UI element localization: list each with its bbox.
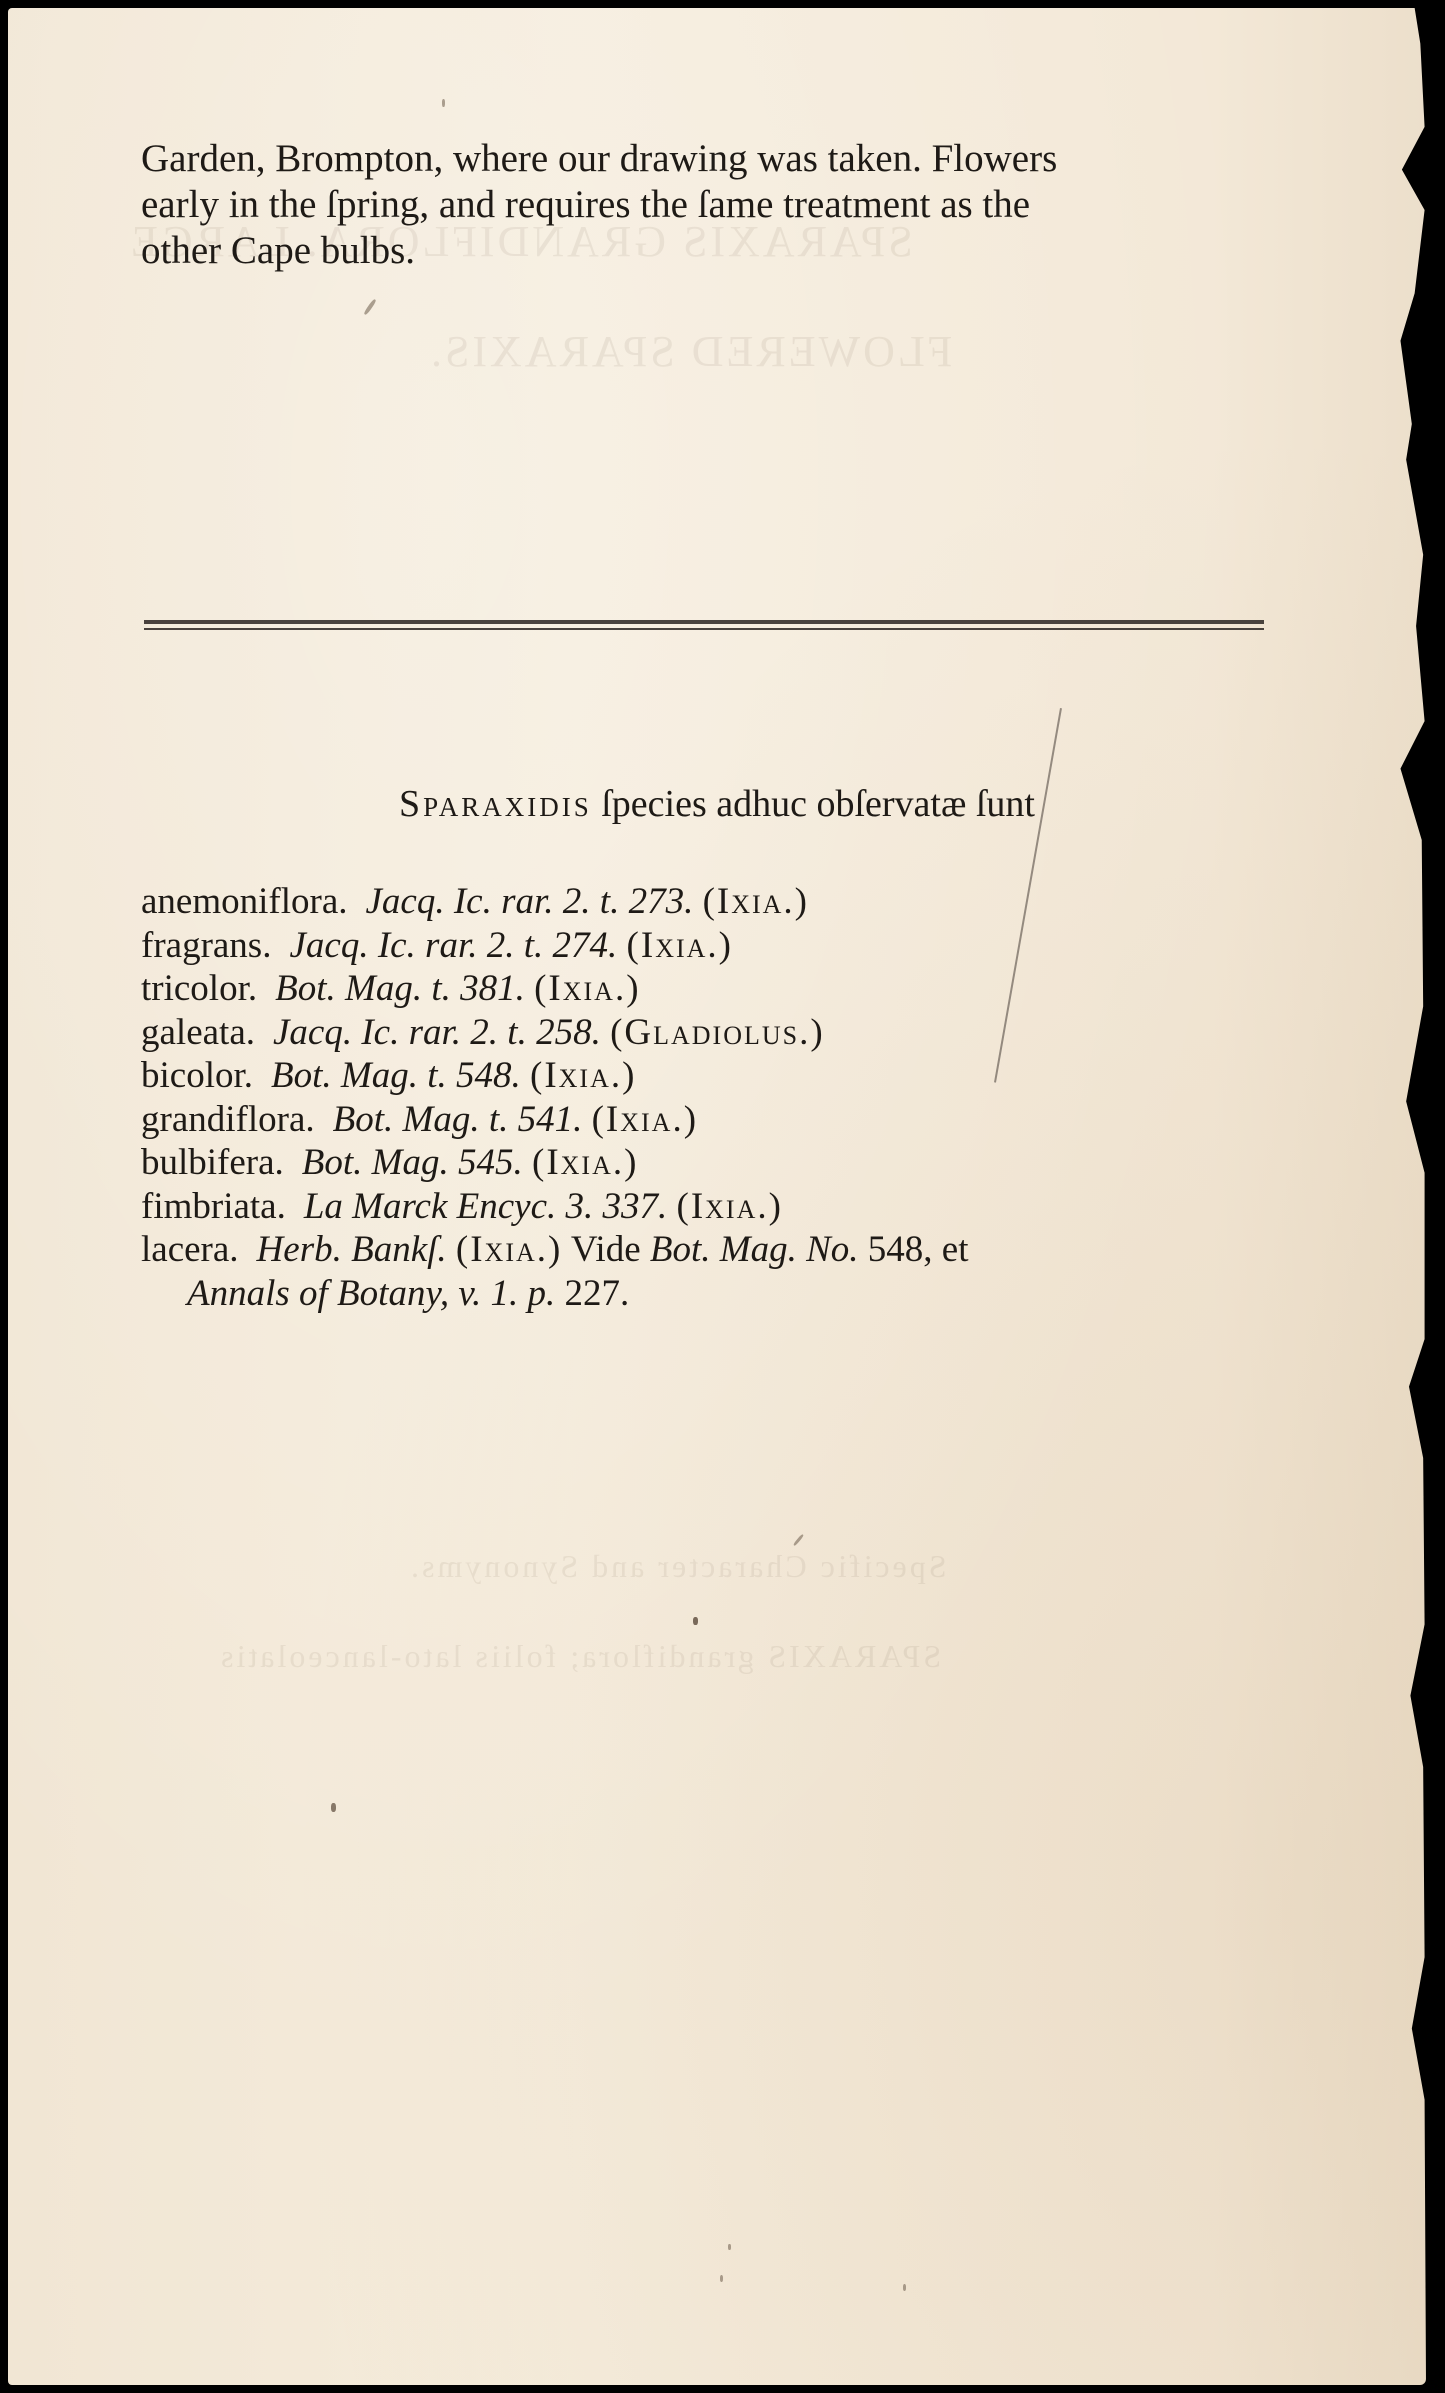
species-list: anemoniflora.Jacq. Ic. rar. 2. t. 273. (… [141, 880, 1291, 1315]
species-reference: La Marck Encyc. 3. 337. [304, 1186, 667, 1227]
closing-paragraph: Garden, Brompton, where our drawing was … [141, 136, 1271, 274]
species-genus: (Ixia.) [592, 1099, 698, 1140]
species-note-reference: Bot. Mag. No. [650, 1229, 859, 1270]
paragraph-line: Garden, Brompton, where our drawing was … [141, 136, 1271, 182]
paper-speck [363, 298, 377, 315]
species-name: lacera. [141, 1229, 239, 1270]
species-genus: (Ixia.) [530, 1055, 636, 1096]
species-entry: tricolor.Bot. Mag. t. 381. (Ixia.) [141, 967, 1291, 1011]
bleed-through-line: SPARAXIS grandiflora; foliis lato-lanceo… [218, 1638, 941, 1675]
species-reference: Jacq. Ic. rar. 2. t. 274. [289, 925, 617, 966]
species-reference: Jacq. Ic. rar. 2. t. 258. [273, 1012, 601, 1053]
species-heading: Sparaxidis ſpecies adhuc obſervatæ ſunt [8, 782, 1426, 826]
species-reference: Bot. Mag. t. 381. [275, 968, 525, 1009]
species-entry: fragrans.Jacq. Ic. rar. 2. t. 274. (Ixia… [141, 924, 1291, 968]
species-name: anemoniflora. [141, 881, 348, 922]
continuation-page: 227. [555, 1273, 629, 1314]
book-page: SPARAXIS GRANDIFLORA. LARGE FLOWERED SPA… [8, 8, 1426, 2385]
species-reference: Bot. Mag. 545. [302, 1142, 523, 1183]
species-note: 548, et [859, 1229, 969, 1270]
species-entry: lacera.Herb. Bankſ. (Ixia.) Vide Bot. Ma… [141, 1228, 1276, 1315]
species-name: bulbifera. [141, 1142, 284, 1183]
species-reference: Bot. Mag. t. 548. [271, 1055, 521, 1096]
species-entry: bicolor.Bot. Mag. t. 548. (Ixia.) [141, 1054, 1291, 1098]
species-genus: (Ixia.) [534, 968, 640, 1009]
species-continuation: Annals of Botany, v. 1. p. 227. [141, 1272, 1276, 1316]
double-rule-bottom [144, 628, 1264, 630]
species-name: tricolor. [141, 968, 257, 1009]
species-reference: Jacq. Ic. rar. 2. t. 273. [366, 881, 694, 922]
species-name: fragrans. [141, 925, 271, 966]
species-name: fimbriata. [141, 1186, 286, 1227]
paper-speck [693, 1617, 698, 1625]
paper-speck [442, 99, 445, 107]
species-entry: anemoniflora.Jacq. Ic. rar. 2. t. 273. (… [141, 880, 1291, 924]
species-note: Vide [562, 1229, 650, 1270]
species-entry: galeata.Jacq. Ic. rar. 2. t. 258. (Gladi… [141, 1011, 1291, 1055]
bleed-through-line: FLOWERED SPARAXIS. [428, 326, 952, 377]
species-entry: grandiflora.Bot. Mag. t. 541. (Ixia.) [141, 1098, 1291, 1142]
species-name: galeata. [141, 1012, 255, 1053]
paragraph-line: other Cape bulbs. [141, 228, 1271, 274]
species-name: grandiflora. [141, 1099, 315, 1140]
paragraph-line: early in the ſpring, and requires the ſa… [141, 182, 1271, 228]
continuation-reference: Annals of Botany, v. 1. p. [187, 1273, 555, 1314]
species-reference: Herb. Bankſ. [257, 1229, 447, 1270]
species-genus: (Ixia.) [627, 925, 733, 966]
species-reference: Bot. Mag. t. 541. [333, 1099, 583, 1140]
species-genus: (Gladiolus.) [610, 1012, 825, 1053]
heading-genus-smallcaps: Sparaxidis [399, 783, 592, 825]
paper-speck [903, 2284, 906, 2291]
paper-speck [728, 2244, 731, 2250]
double-rule-top [144, 620, 1264, 624]
paper-speck [331, 1803, 336, 1812]
species-genus: (Ixia.) [456, 1229, 562, 1270]
paper-speck [720, 2275, 723, 2282]
species-entry: fimbriata.La Marck Encyc. 3. 337. (Ixia.… [141, 1185, 1291, 1229]
species-genus: (Ixia.) [677, 1186, 783, 1227]
bleed-through-line: Specific Character and Synonyms. [408, 1548, 947, 1585]
species-genus: (Ixia.) [703, 881, 809, 922]
species-entry: bulbifera.Bot. Mag. 545. (Ixia.) [141, 1141, 1291, 1185]
heading-rest: ſpecies adhuc obſervatæ ſunt [592, 783, 1035, 825]
species-genus: (Ixia.) [532, 1142, 638, 1183]
paper-speck [793, 1534, 804, 1547]
species-name: bicolor. [141, 1055, 253, 1096]
